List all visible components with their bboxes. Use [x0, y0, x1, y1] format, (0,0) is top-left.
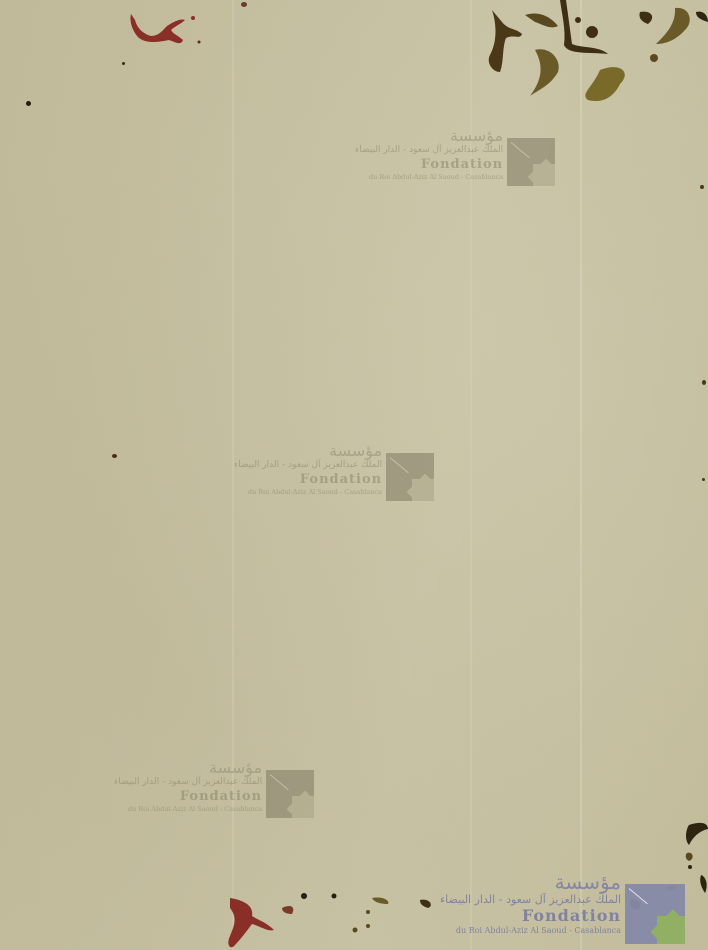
- brown-damage-stain: [480, 0, 708, 120]
- watermark-arabic-subtitle: الملك عبدالعزيز آل سعود - الدار البيضاء: [355, 146, 503, 155]
- watermark-arabic-title: مؤسسة: [114, 760, 262, 776]
- watermark-arabic-title: مؤسسة: [355, 128, 503, 144]
- watermark-subtitle: du Roi Abdul-Aziz Al Saoud - Casablanca: [114, 806, 262, 813]
- watermark-subtitle: du Roi Abdul-Aziz Al Saoud - Casablanca: [234, 489, 382, 496]
- watermark-name: Fondation: [355, 158, 503, 171]
- foundation-logo-icon: [266, 770, 314, 818]
- stain-spot: [700, 185, 704, 189]
- foundation-watermark: مؤسسة الملك عبدالعزيز آل سعود - الدار ال…: [355, 128, 555, 186]
- stain-spot: [702, 380, 706, 385]
- scanned-page: مؤسسة الملك عبدالعزيز آل سعود - الدار ال…: [0, 0, 708, 950]
- watermark-subtitle: du Roi Abdul-Aziz Al Saoud - Casablanca: [440, 927, 621, 935]
- stain-spot: [26, 101, 31, 106]
- watermark-arabic-subtitle: الملك عبدالعزيز آل سعود - الدار البيضاء: [440, 894, 621, 905]
- foundation-logo-icon: [386, 453, 434, 501]
- stain-spot: [122, 62, 125, 65]
- watermark-name: Fondation: [440, 908, 621, 924]
- watermark-arabic-subtitle: الملك عبدالعزيز آل سعود - الدار البيضاء: [234, 461, 382, 470]
- foundation-watermark: مؤسسة الملك عبدالعزيز آل سعود - الدار ال…: [234, 443, 434, 501]
- red-ink-stain: [125, 8, 205, 48]
- watermark-name: Fondation: [234, 473, 382, 486]
- foundation-logo-icon: [625, 884, 685, 944]
- stain-spot: [112, 454, 117, 458]
- watermark-arabic-title: مؤسسة: [234, 443, 382, 459]
- foundation-watermark-colored: مؤسسة الملك عبدالعزيز آل سعود - الدار ال…: [440, 872, 685, 944]
- foundation-watermark: مؤسسة الملك عبدالعزيز آل سعود - الدار ال…: [114, 760, 314, 818]
- stain-spot: [241, 2, 247, 7]
- watermark-arabic-title: مؤسسة: [440, 872, 621, 892]
- foundation-logo-icon: [507, 138, 555, 186]
- watermark-name: Fondation: [114, 790, 262, 803]
- watermark-arabic-subtitle: الملك عبدالعزيز آل سعود - الدار البيضاء: [114, 778, 262, 787]
- watermark-subtitle: du Roi Abdul-Aziz Al Saoud - Casablanca: [355, 174, 503, 181]
- stain-spot: [702, 478, 705, 481]
